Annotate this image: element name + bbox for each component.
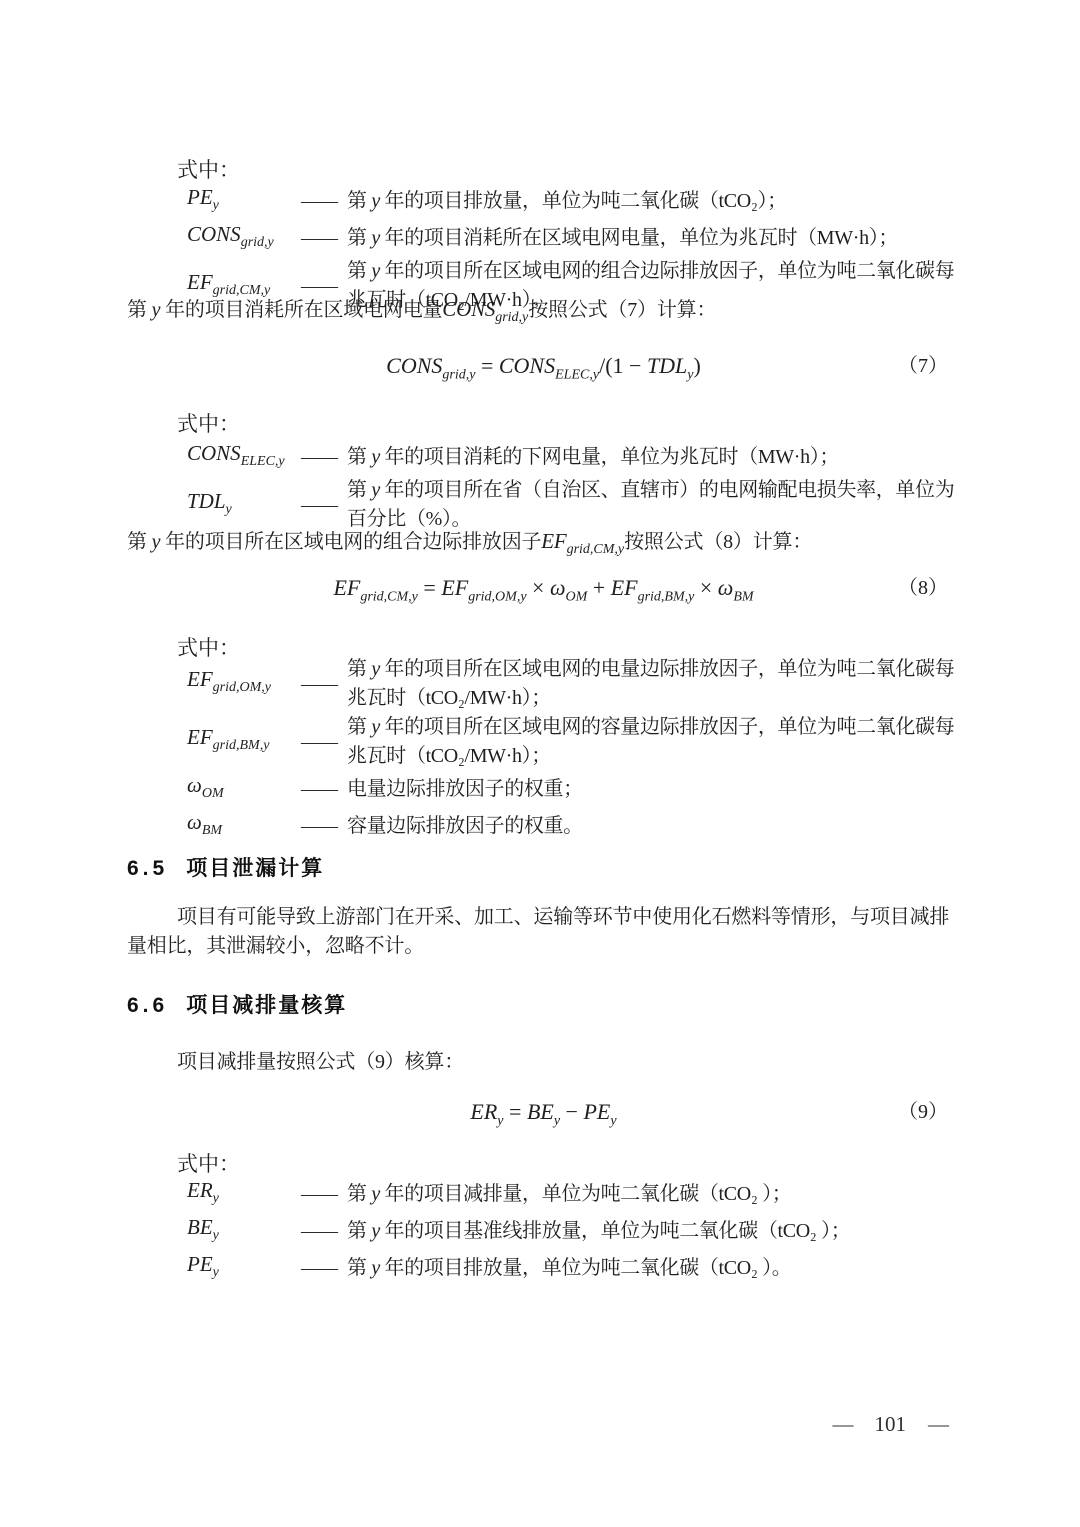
operator: = (475, 353, 498, 378)
symbol-TDLy: TDLy (187, 487, 289, 524)
definition-text: 容量边际排放因子的权重。 (347, 812, 960, 841)
math-term: CONSELEC,y (499, 353, 599, 378)
symbol-sub: y (226, 502, 232, 517)
formula-9: ERy = BEy − PEy （9） (127, 1096, 960, 1128)
section-heading-6-6: 6.6项目减排量核算 (127, 991, 960, 1020)
footer-dash-left: — (833, 1412, 853, 1437)
symbol-sub: grid,BM,y (213, 739, 270, 754)
term-sub: ELEC,y (555, 367, 599, 382)
def-row-CONSELECy: CONSELEC,y —— 第 y 年的项目消耗的下网电量，单位为兆瓦时（MW·… (187, 439, 960, 476)
symbol-base: TDL (187, 489, 226, 513)
math-term: EFgrid,BM,y (611, 575, 695, 600)
math-term: CONSgrid,y (386, 353, 475, 378)
symbol-sub: grid,y (241, 235, 274, 250)
def-row-PEy: PEy —— 第 y 年的项目排放量，单位为吨二氧化碳（tCO₂）； (187, 183, 960, 220)
paragraph-text: 按照公式（8）计算： (624, 531, 812, 553)
term-sub: grid,CM,y (360, 589, 418, 604)
symbol-sub: BM (202, 823, 222, 838)
symbol-base: EF (187, 667, 213, 691)
paragraph-formula7-intro: 第 y 年的项目消耗所在区域电网电量CONSgrid,y按照公式（7）计算： (127, 295, 960, 332)
term-base: CONS (386, 353, 442, 378)
math-term: ωOM (550, 575, 587, 600)
definition-dash: —— (289, 494, 347, 517)
symbol-PEy: PEy (187, 1250, 289, 1287)
formula-7: CONSgrid,y = CONSELEC,y/(1 − TDLy) （7） (127, 350, 960, 382)
term-base: ER (470, 1099, 497, 1124)
operator: × (694, 575, 717, 600)
symbol-omegaOM: ωOM (187, 771, 289, 808)
term-base: ω (550, 575, 566, 600)
operator: = (504, 1099, 527, 1124)
term-sub: grid,BM,y (638, 589, 695, 604)
definition-text: 第 y 年的项目排放量，单位为吨二氧化碳（tCO₂）； (347, 187, 960, 216)
term-base: PE (583, 1099, 610, 1124)
paragraph-leakage: 项目有可能导致上游部门在开采、加工、运输等环节中使用化石燃料等情形，与项目减排量… (127, 903, 960, 961)
def-row-omegaOM: ωOM —— 电量边际排放因子的权重； (187, 771, 960, 808)
definition-text: 第 y 年的项目减排量，单位为吨二氧化碳（tCO₂ ）； (347, 1180, 960, 1209)
definition-list-3: EFgrid,OM,y —— 第 y 年的项目所在区域电网的电量边际排放因子，单… (127, 655, 960, 845)
definition-dash: —— (289, 778, 347, 801)
definition-list-4: ERy —— 第 y 年的项目减排量，单位为吨二氧化碳（tCO₂ ）； BEy … (127, 1176, 960, 1288)
paragraph-formula8-intro: 第 y 年的项目所在区域电网的组合边际排放因子EFgrid,CM,y按照公式（8… (127, 527, 960, 564)
symbol-CONSgridy: CONSgrid,y (187, 220, 289, 257)
paragraph-text: 第 y 年的项目所在区域电网的组合边际排放因子 (127, 531, 541, 553)
term-sub: y (610, 1113, 616, 1128)
def-row-EFgridOMy: EFgrid,OM,y —— 第 y 年的项目所在区域电网的电量边际排放因子，单… (187, 655, 960, 713)
def-row-ERy: ERy —— 第 y 年的项目减排量，单位为吨二氧化碳（tCO₂ ）； (187, 1176, 960, 1213)
term-base: CONS (499, 353, 555, 378)
document-page: 式中： PEy —— 第 y 年的项目排放量，单位为吨二氧化碳（tCO₂）； C… (0, 0, 1080, 1527)
def-row-CONSgridy: CONSgrid,y —— 第 y 年的项目消耗所在区域电网电量，单位为兆瓦时（… (187, 220, 960, 257)
inline-symbol-CONSgridy: CONSgrid,y (442, 297, 528, 321)
symbol-sub: grid,y (495, 310, 528, 325)
symbol-CONSELECy: CONSELEC,y (187, 439, 289, 476)
symbol-sub: grid,OM,y (213, 681, 271, 696)
math-term: EFgrid,OM,y (441, 575, 526, 600)
term-base: BE (527, 1099, 554, 1124)
symbol-sub: y (213, 198, 219, 213)
math-term: TDLy (647, 353, 694, 378)
formula-8: EFgrid,CM,y = EFgrid,OM,y × ωOM + EFgrid… (127, 572, 960, 604)
term-base: EF (441, 575, 468, 600)
formula-9-equation: ERy = BEy − PEy (470, 1099, 616, 1124)
definition-dash: —— (289, 1257, 347, 1280)
operator: − (560, 1099, 583, 1124)
page-footer: — 101 — (833, 1412, 949, 1437)
symbol-sub: y (213, 1228, 219, 1243)
section-title: 项目减排量核算 (186, 994, 347, 1017)
math-term: PEy (583, 1099, 616, 1124)
symbol-PEy: PEy (187, 183, 289, 220)
formula-9-number: （9） (898, 1096, 948, 1128)
symbol-sub: OM (202, 786, 224, 801)
definition-text: 第 y 年的项目所在区域电网的容量边际排放因子，单位为吨二氧化碳每兆瓦时（tCO… (347, 713, 960, 771)
section-title: 项目泄漏计算 (186, 857, 324, 880)
definition-text: 第 y 年的项目消耗的下网电量，单位为兆瓦时（MW·h）； (347, 443, 960, 472)
operator: ) (694, 353, 701, 378)
symbol-base: CONS (187, 222, 241, 246)
definition-dash: —— (289, 446, 347, 469)
where-label-1: 式中： (127, 156, 960, 185)
where-label-2: 式中： (127, 410, 960, 439)
symbol-base: EF (541, 529, 566, 553)
operator: /(1 − (599, 353, 647, 378)
term-base: TDL (647, 353, 687, 378)
definition-text: 第 y 年的项目基准线排放量，单位为吨二氧化碳（tCO₂ ）； (347, 1217, 960, 1246)
definition-dash: —— (289, 731, 347, 754)
section-number: 6.6 (127, 994, 168, 1017)
paragraph-text: 按照公式（7）计算： (528, 299, 716, 321)
definition-text: 第 y 年的项目所在省（自治区、直辖市）的电网输配电损失率，单位为百分比（%）。 (347, 476, 960, 534)
symbol-omegaBM: ωBM (187, 808, 289, 845)
definition-text: 第 y 年的项目所在区域电网的电量边际排放因子，单位为吨二氧化碳每兆瓦时（tCO… (347, 655, 960, 713)
paragraph-formula9-intro: 项目减排量按照公式（9）核算： (127, 1048, 960, 1077)
paragraph-text: 第 y 年的项目消耗所在区域电网电量 (127, 299, 442, 321)
inline-symbol-EFgridCMy: EFgrid,CM,y (541, 529, 624, 553)
symbol-BEy: BEy (187, 1213, 289, 1250)
def-row-PEy-2: PEy —— 第 y 年的项目排放量，单位为吨二氧化碳（tCO₂ ）。 (187, 1250, 960, 1287)
math-term: EFgrid,CM,y (333, 575, 417, 600)
section-number: 6.5 (127, 857, 168, 880)
symbol-base: EF (187, 725, 213, 749)
term-base: EF (333, 575, 360, 600)
operator: + (587, 575, 610, 600)
definition-dash: —— (289, 673, 347, 696)
symbol-base: ω (187, 773, 202, 797)
math-term: ERy (470, 1099, 503, 1124)
term-sub: OM (566, 589, 588, 604)
symbol-base: EF (187, 270, 213, 294)
symbol-base: CONS (187, 441, 241, 465)
formula-7-equation: CONSgrid,y = CONSELEC,y/(1 − TDLy) (386, 353, 701, 378)
symbol-base: BE (187, 1215, 213, 1239)
section-heading-6-5: 6.5项目泄漏计算 (127, 854, 960, 883)
operator: = (418, 575, 441, 600)
definition-text: 电量边际排放因子的权重； (347, 775, 960, 804)
symbol-base: ER (187, 1178, 213, 1202)
def-row-EFgridBMy: EFgrid,BM,y —— 第 y 年的项目所在区域电网的容量边际排放因子，单… (187, 713, 960, 771)
formula-7-number: （7） (898, 350, 948, 382)
symbol-sub: ELEC,y (241, 454, 285, 469)
term-base: EF (611, 575, 638, 600)
term-sub: BM (733, 589, 753, 604)
definition-dash: —— (289, 1183, 347, 1206)
definition-dash: —— (289, 815, 347, 838)
definition-dash: —— (289, 190, 347, 213)
symbol-ERy: ERy (187, 1176, 289, 1213)
symbol-base: PE (187, 1252, 213, 1276)
def-row-omegaBM: ωBM —— 容量边际排放因子的权重。 (187, 808, 960, 845)
symbol-sub: y (213, 1266, 219, 1281)
symbol-sub: y (213, 1191, 219, 1206)
definition-list-2: CONSELEC,y —— 第 y 年的项目消耗的下网电量，单位为兆瓦时（MW·… (127, 439, 960, 534)
symbol-EFgridBMy: EFgrid,BM,y (187, 723, 289, 760)
definition-text: 第 y 年的项目消耗所在区域电网电量，单位为兆瓦时（MW·h）； (347, 224, 960, 253)
where-label-4: 式中： (127, 1150, 960, 1179)
def-row-TDLy: TDLy —— 第 y 年的项目所在省（自治区、直辖市）的电网输配电损失率，单位… (187, 476, 960, 534)
symbol-sub: grid,CM,y (567, 542, 625, 557)
definition-text: 第 y 年的项目排放量，单位为吨二氧化碳（tCO₂ ）。 (347, 1254, 960, 1283)
symbol-base: ω (187, 810, 202, 834)
term-base: ω (718, 575, 734, 600)
def-row-BEy: BEy —— 第 y 年的项目基准线排放量，单位为吨二氧化碳（tCO₂ ）； (187, 1213, 960, 1250)
page-number: 101 (875, 1412, 907, 1437)
math-term: ωBM (718, 575, 754, 600)
term-sub: grid,OM,y (468, 589, 526, 604)
math-term: BEy (527, 1099, 560, 1124)
formula-8-equation: EFgrid,CM,y = EFgrid,OM,y × ωOM + EFgrid… (333, 575, 753, 600)
formula-8-number: （8） (898, 572, 948, 604)
definition-dash: —— (289, 227, 347, 250)
definition-dash: —— (289, 1220, 347, 1243)
operator: × (527, 575, 550, 600)
term-sub: grid,y (442, 367, 475, 382)
symbol-base: CONS (442, 297, 495, 321)
symbol-EFgridOMy: EFgrid,OM,y (187, 665, 289, 702)
symbol-base: PE (187, 185, 213, 209)
footer-dash-right: — (928, 1412, 948, 1437)
